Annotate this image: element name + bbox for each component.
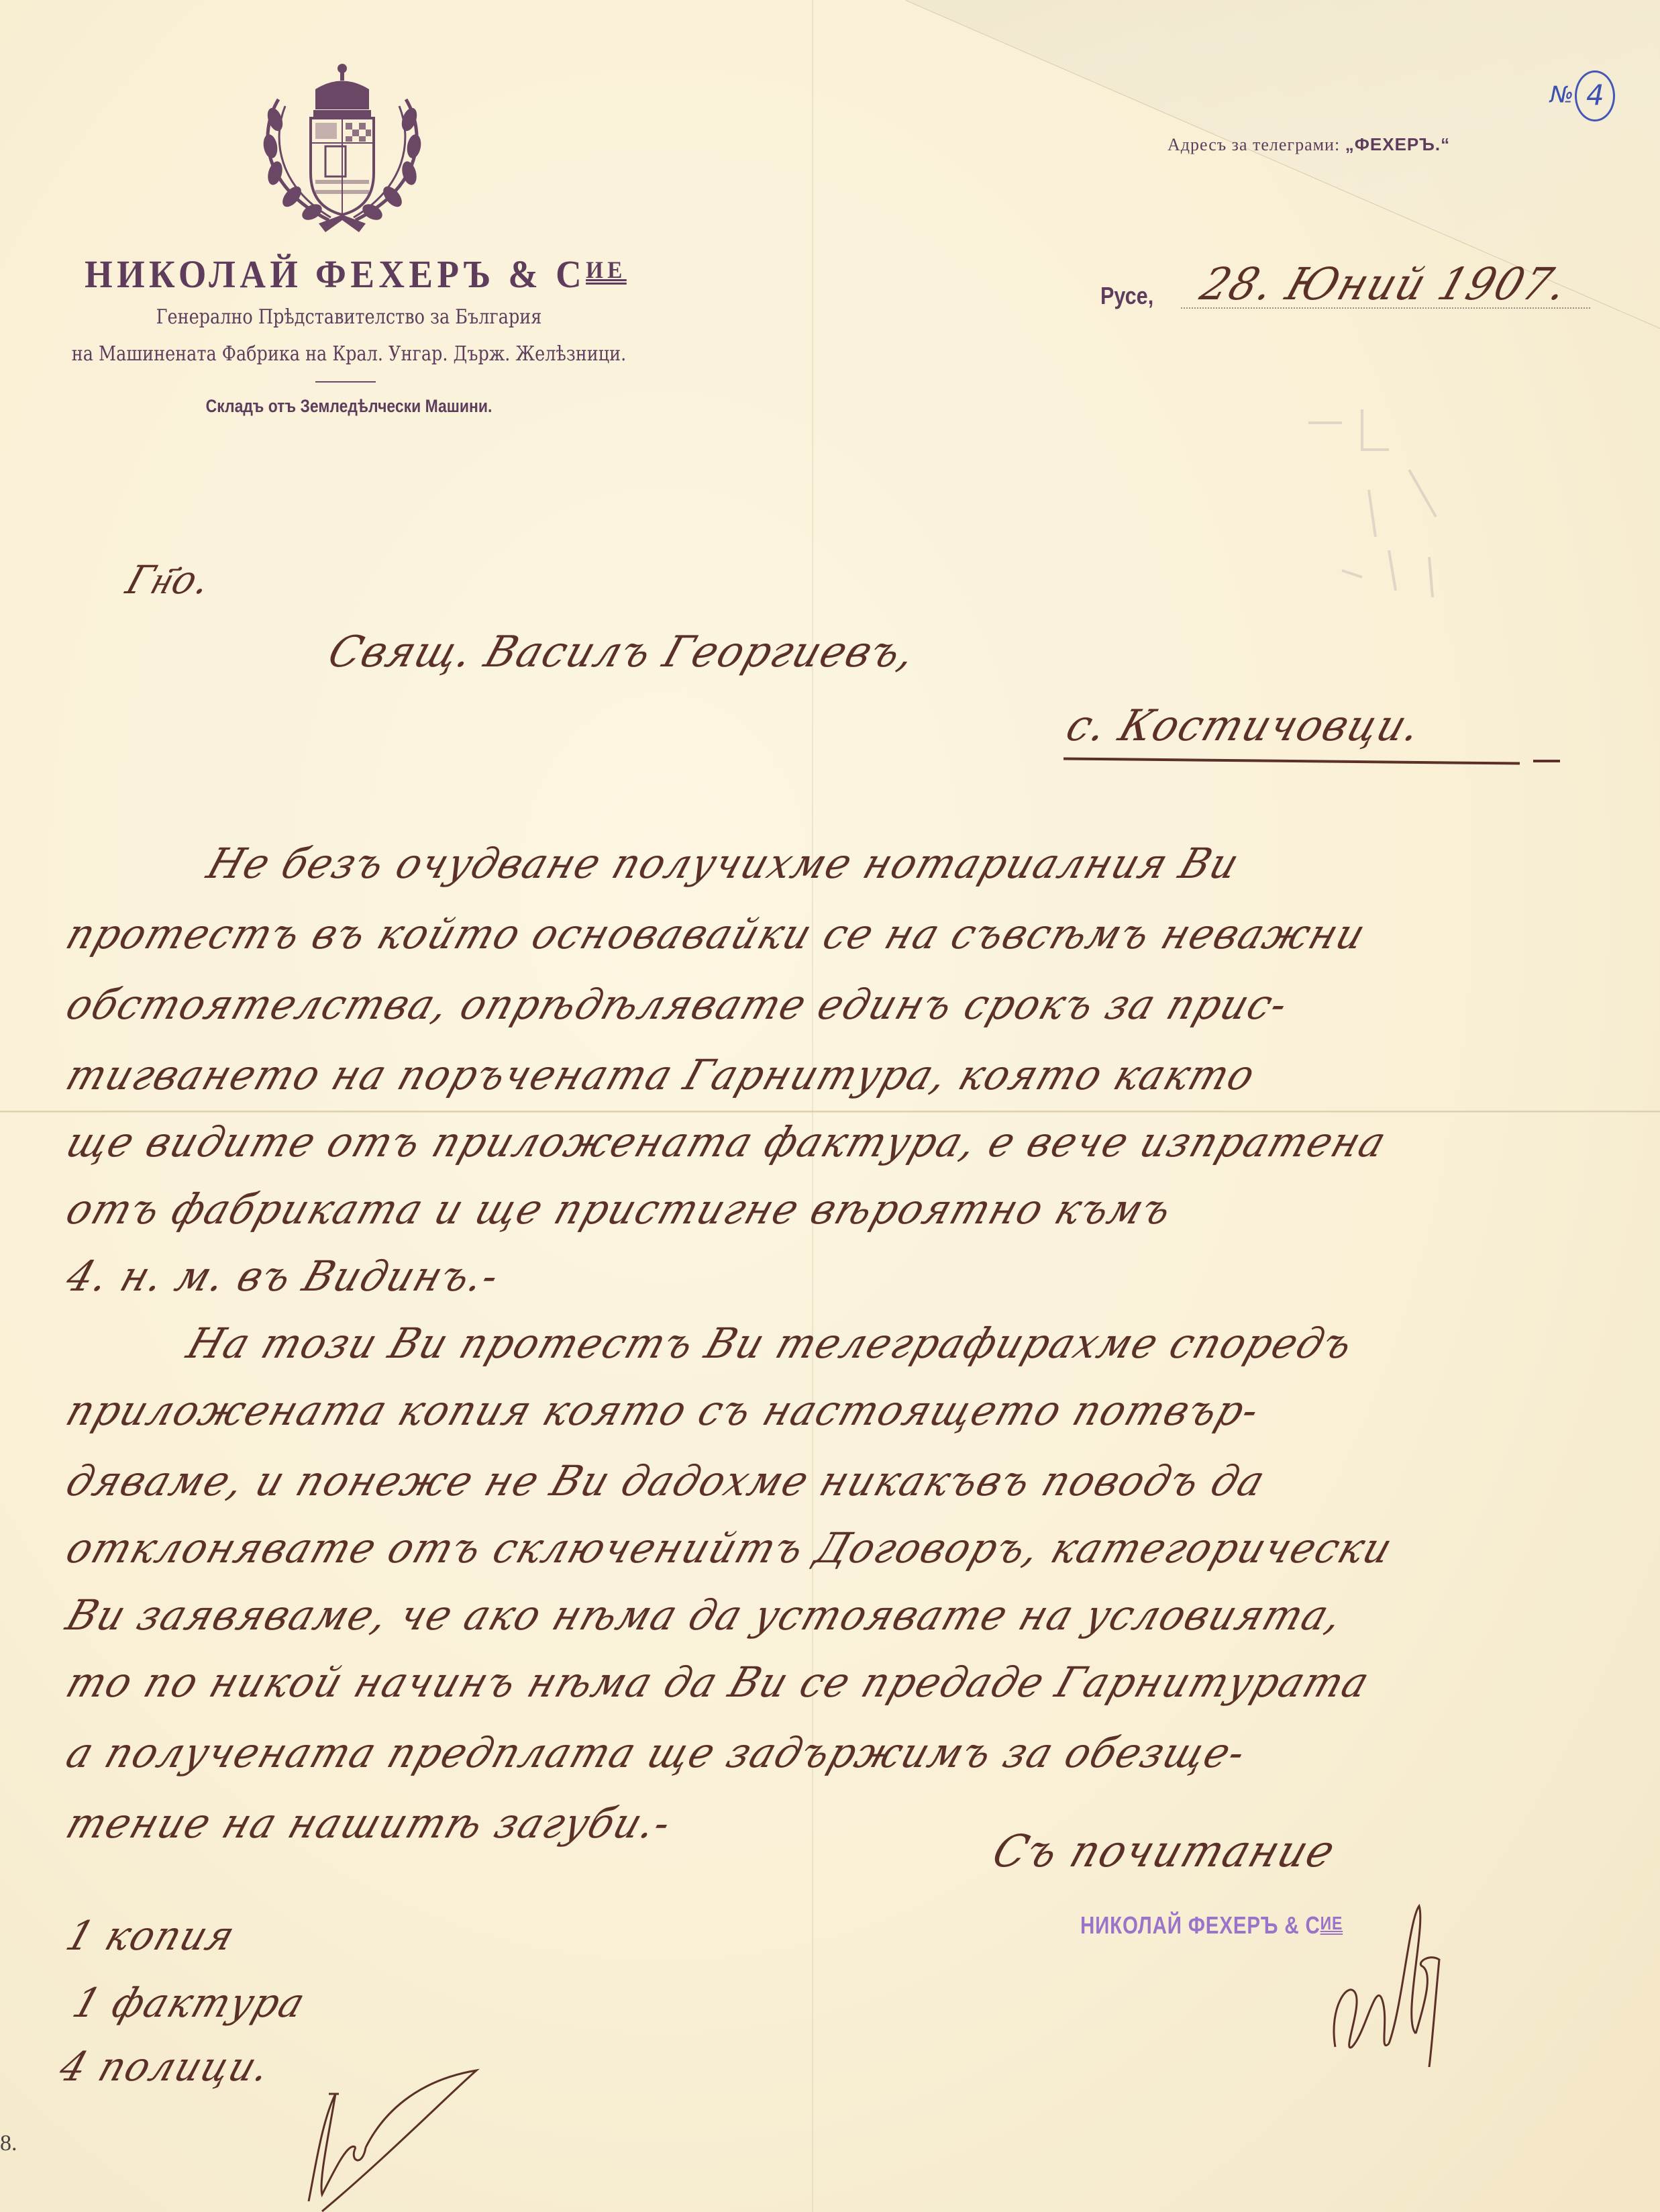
- reference-number: №4: [1550, 70, 1615, 121]
- print-number: 8.: [0, 2131, 17, 2156]
- recipient-name: Свящ. Василъ Георгиевъ,: [322, 627, 923, 677]
- body-line: приложената копия която съ настоящето по…: [60, 1386, 1266, 1435]
- address-underline: [1064, 757, 1520, 764]
- body-line: ще видите отъ приложената фактура, е веч…: [60, 1117, 1393, 1166]
- firm-name-text: НИКОЛАЙ ФЕХЕРЪ & С: [85, 252, 586, 296]
- place-label: Русе,: [1100, 282, 1153, 310]
- telegram-value: „ФЕХЕРЪ.“: [1345, 134, 1450, 154]
- handwritten-date: 28. Юний 1907.: [1194, 258, 1575, 310]
- firm-name-suffix: ИЕ: [586, 256, 627, 283]
- salutation: Гн҃о.: [121, 557, 217, 603]
- body-line: отъ фабриката и ще пристигне вѣроятно къ…: [60, 1185, 1179, 1234]
- firm-name: НИКОЛАЙ ФЕХЕРЪ & СИЕ: [78, 252, 633, 297]
- valediction: Съ почитание: [986, 1825, 1343, 1877]
- coat-of-arms-icon: [252, 59, 433, 240]
- enclosure-item: 4 полици.: [54, 2044, 277, 2091]
- telegram-address: Адресъ за телеграми: „ФЕХЕРЪ.“: [1168, 134, 1450, 155]
- body-line: На този Ви протестъ Ви телеграфирахме сп…: [181, 1319, 1360, 1368]
- letter-page: НИКОЛАЙ ФЕХЕРЪ & СИЕ Генерално Прѣдстави…: [0, 0, 1660, 2212]
- reference-circle: 4: [1575, 70, 1615, 121]
- representation-line-2: на Машинената Фабрика на Крал. Унгар. Дъ…: [70, 342, 629, 366]
- representation-line-1: Генерално Прѣдставителство за България: [87, 305, 611, 329]
- body-line: Ви заявяваме, че ако нѣма да устоявате н…: [60, 1591, 1350, 1640]
- enclosure-item: 1 копия: [60, 1913, 242, 1960]
- letterhead-divider: [315, 381, 376, 383]
- vertical-crease: [812, 0, 813, 2212]
- body-line: дяваме, и понеже не Ви дадохме никакъвъ …: [60, 1456, 1272, 1505]
- reference-prefix: №: [1550, 82, 1573, 109]
- telegram-label: Адресъ за телеграми:: [1168, 135, 1340, 154]
- body-line: Не безъ очудване получихме нотариалния В…: [201, 839, 1246, 888]
- body-line: 4. н. м. въ Видинъ.-: [60, 1252, 507, 1301]
- body-line: протестъ въ който основавайки се на съвс…: [60, 909, 1373, 958]
- stamp-text: НИКОЛАЙ ФЕХЕРЪ & С: [1080, 1911, 1320, 1939]
- address-dash: [1533, 760, 1560, 762]
- company-stamp: НИКОЛАЙ ФЕХЕРЪ & СИЕ: [1080, 1911, 1343, 1940]
- initials-icon: [282, 2067, 497, 2212]
- body-line: тение на нашитѣ загуби.-: [60, 1799, 678, 1848]
- recipient-village: с. Костичовци.: [1060, 701, 1429, 751]
- pencil-marks: [1302, 383, 1503, 604]
- body-line: то по никой начинъ нѣма да Ви се предаде…: [60, 1658, 1376, 1707]
- signature-icon: [1315, 1899, 1449, 2074]
- warehouse-line: Складъ отъ Земледѣлчески Машини.: [87, 396, 611, 417]
- body-line: тигването на поръчената Гарнитура, която…: [60, 1050, 1262, 1099]
- horizontal-crease: [0, 1111, 1660, 1113]
- body-line: а получената предплата ще задържимъ за о…: [60, 1728, 1253, 1777]
- body-line: отклонявате отъ сключенийтъ Договоръ, ка…: [60, 1523, 1400, 1572]
- body-line: обстоятелства, опрѣдѣлявате единъ срокъ …: [60, 980, 1295, 1029]
- enclosure-item: 1 фактура: [67, 1980, 311, 2027]
